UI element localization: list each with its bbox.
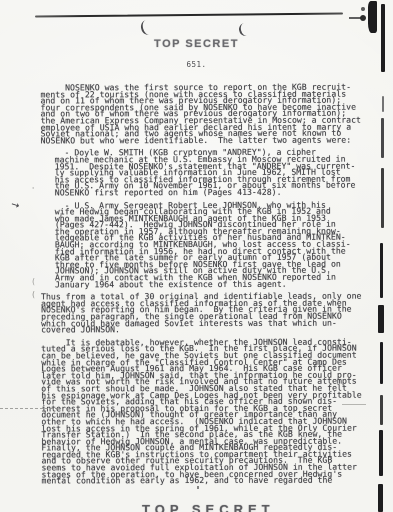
document-body: NOSENKO was the first source to report o…: [40, 84, 371, 491]
fold-crease-line: [43, 348, 44, 410]
margin-smudge: ': [31, 186, 35, 194]
film-smudge-mark: [360, 15, 366, 21]
bullet-robert-lee-johnson: - U.S. Army Sergeant Robert Lee JOHNSON,…: [55, 201, 371, 288]
paragraph-thirty-leads: Thus from a total of 30 original and ide…: [41, 293, 371, 333]
film-edge-mark: [380, 395, 383, 425]
margin-smudge: [197, 486, 199, 489]
bullet-doyle-smith: - Doyle W. SMITH (KGB cryptonym "ANDREY"…: [55, 149, 371, 196]
classification-stamp-bottom: TOP SECRET: [142, 502, 275, 512]
film-edge-mark: [380, 342, 383, 384]
film-edge-mark: [381, 4, 385, 72]
paragraph-nosenko-leads: NOSENKO was the first source to report o…: [40, 84, 370, 144]
film-edge-mark: [379, 430, 383, 476]
film-edge-mark: [378, 484, 383, 512]
film-edge-mark: [380, 243, 383, 298]
film-edge-mark: [378, 305, 384, 333]
film-edge-mark: [381, 118, 384, 158]
film-edge-mark: [382, 96, 384, 112]
margin-pen-mark: →: [10, 199, 21, 212]
handwritten-pen-mark: [139, 19, 154, 36]
film-smudge-mark: [361, 7, 365, 11]
margin-smudge: (: [31, 290, 36, 299]
scanned-document-page: TOP SECRET 651. NOSENKO was the first so…: [0, 0, 393, 512]
film-edge-blob: [368, 1, 377, 33]
handwritten-pen-mark: [238, 22, 253, 38]
fold-line-artifact: [342, 404, 366, 405]
classification-stamp-top: TOP SECRET: [0, 38, 393, 50]
page-number: 651.: [0, 60, 393, 69]
scan-line-artifact: [35, 13, 343, 18]
fold-line-artifact: [0, 408, 58, 409]
paragraph-debatable-loss: It is debatable, however, whether the JO…: [41, 338, 371, 484]
margin-smudge: (: [31, 277, 36, 286]
film-edge-mark: [381, 168, 384, 228]
